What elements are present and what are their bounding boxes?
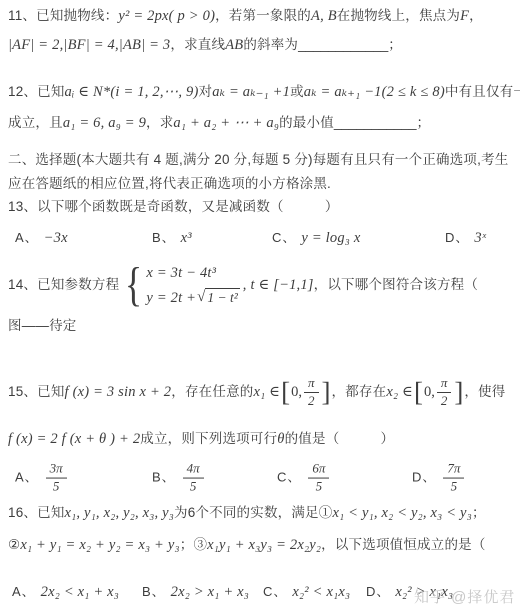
text: 成立，且 [8, 113, 63, 133]
text: 二、选择题(本大题共有 4 题,满分 20 分,每题 5 分)每题有且只有一个正… [8, 150, 508, 170]
text: 或 [290, 82, 304, 102]
math: , t ∈ [−1,1] [243, 275, 314, 295]
bracket: ] [454, 379, 463, 406]
math: aₖ = aₖ₋₁ +1 [212, 82, 290, 102]
text: ，求直线 [170, 35, 225, 55]
math: y² = 2px( p > 0) [118, 6, 215, 26]
option-16-a: A、2x₂ < x₁ + x₃ [12, 582, 119, 602]
fraction: 6π5 [308, 462, 329, 495]
text: 的斜率为 [243, 35, 298, 55]
math: y = 2t + [146, 288, 196, 308]
text: ，若第一象限的 [215, 6, 311, 26]
math: y = log₃ x [301, 228, 360, 248]
problem-12-line-1: 12、已知aᵢ ∈ N*(i = 1, 2,⋯, 9)对aₖ = aₖ₋₁ +1… [8, 82, 520, 102]
math: −3x [44, 228, 68, 248]
text: ，以下哪个图符合该方程（ ） [314, 275, 520, 295]
option-13-d: D、3ˣ [445, 228, 486, 248]
text: 中有且仅有一个 [445, 82, 520, 102]
math: x₁ < y₁, x₂ < y₂, x₃ < y₃ [332, 503, 471, 523]
option-label: D、 [412, 468, 436, 488]
text: 图——待定 [8, 316, 77, 336]
text: 15、已知 [8, 382, 65, 402]
cases-rows: x = 3t − 4t³y = 2t + √1 − t² [146, 263, 239, 308]
text: ② [8, 535, 20, 555]
math: |AF| = 2,|BF| = 4,|AB| = 3 [8, 35, 170, 55]
text: 14、已知参数方程 [8, 275, 119, 295]
math: aᵢ ∈ N*(i = 1, 2,⋯, 9) [65, 82, 199, 102]
option-label: C、 [277, 468, 301, 488]
fraction-denominator: 5 [190, 479, 197, 495]
option-16-c: C、x₂² < x₁x₃ [263, 582, 350, 602]
text: 13、以下哪个函数既是奇函数，又是减函数（ ） [8, 197, 339, 217]
text: 11、已知抛物线： [8, 6, 118, 26]
text: ； [417, 113, 431, 133]
text: 应在答题纸的相应位置,将代表正确选项的小方格涂黑. [8, 174, 331, 194]
math: a₁ + a₂ + ⋯ + a₉ [173, 113, 279, 133]
cases-group: {x = 3t − 4t³y = 2t + √1 − t² [122, 263, 239, 308]
fraction-denominator: 2 [441, 393, 448, 409]
fraction-denominator: 2 [308, 393, 315, 409]
fraction: 3π5 [46, 462, 67, 495]
text: 为6个不同的实数，满足① [174, 503, 332, 523]
option-label: D、 [366, 582, 390, 602]
option-13-b: B、x³ [152, 228, 192, 248]
text: 的值是（ ） [285, 429, 395, 449]
fraction: π2 [304, 376, 319, 409]
watermark: 知乎 @择优君 [414, 586, 515, 607]
brace-icon: { [125, 265, 142, 306]
math: x³ [181, 228, 192, 248]
fraction: 7π5 [443, 462, 464, 495]
problem-16-line-2: ②x₁ + y₁ = x₂ + y₂ = x₃ + y₃；③x₁y₁ + x₃y… [8, 535, 520, 555]
option-label: C、 [263, 582, 287, 602]
text: ；③ [180, 535, 207, 555]
option-label: D、 [445, 228, 469, 248]
math: x₁ + y₁ = x₂ + y₂ = x₃ + y₃ [20, 535, 179, 555]
text: ； [388, 35, 402, 55]
option-label: A、 [12, 582, 36, 602]
bracket: [ [414, 379, 423, 406]
fraction-numerator: 7π [443, 462, 464, 479]
text: 的最小值 [279, 113, 334, 133]
fraction-numerator: 3π [46, 462, 67, 479]
cases-row: y = 2t + √1 − t² [146, 288, 239, 308]
option-15-b: B、4π5 [152, 462, 206, 495]
exam-paper: 11、已知抛物线：y² = 2px( p > 0)，若第一象限的A, B在抛物线… [0, 0, 520, 612]
math: 0, [424, 382, 435, 402]
problem-16-line-1: 16、已知x₁, y₁, x₂, y₂, x₃, y₃ 为6个不同的实数，满足①… [8, 503, 486, 523]
fraction-numerator: 4π [183, 462, 204, 479]
text: ，使得 [464, 382, 505, 402]
math: θ [277, 429, 284, 449]
problem-15-choices: A、3π5B、4π5C、6π5D、7π5 [0, 455, 520, 501]
text: 在抛物线上，焦点为 [337, 6, 460, 26]
math: a₁ = 6, a₉ = 9 [63, 113, 146, 133]
fraction-numerator: π [304, 376, 319, 393]
math: 2x₂ < x₁ + x₃ [41, 582, 119, 602]
figure-placeholder: 图——待定 [8, 316, 77, 336]
cases-row: x = 3t − 4t³ [146, 263, 239, 283]
text: ， [469, 6, 483, 26]
math: aₖ = aₖ₊₁ −1(2 ≤ k ≤ 8) [304, 82, 445, 102]
bracket: ] [322, 379, 331, 406]
problem-11-line-1: 11、已知抛物线：y² = 2px( p > 0)，若第一象限的A, B在抛物线… [8, 6, 483, 26]
radical-sign: √ [197, 288, 205, 307]
math: A, B [311, 6, 337, 26]
option-label: A、 [15, 468, 39, 488]
fraction-denominator: 5 [53, 479, 60, 495]
math: 3ˣ [474, 228, 486, 248]
option-13-c: C、y = log₃ x [272, 228, 361, 248]
option-label: C、 [272, 228, 296, 248]
text: ，以下选项值恒成立的是（ ） [321, 535, 520, 555]
option-label: B、 [152, 468, 176, 488]
answer-blank: ____________ [298, 35, 388, 55]
text: ； [472, 503, 486, 523]
problem-11-line-2: |AF| = 2,|BF| = 4,|AB| = 3，求直线AB的斜率为____… [8, 35, 402, 55]
fraction: 4π5 [183, 462, 204, 495]
text: ，都存在 [332, 382, 387, 402]
text: ，存在任意的 [171, 382, 253, 402]
math: F [460, 6, 469, 26]
option-label: B、 [152, 228, 176, 248]
problem-12-line-2: 成立，且a₁ = 6, a₉ = 9，求a₁ + a₂ + ⋯ + a₉的最小值… [8, 113, 430, 133]
problem-13-stem: 13、以下哪个函数既是奇函数，又是减函数（ ） [8, 197, 339, 217]
option-13-a: A、−3x [15, 228, 68, 248]
math: AB [225, 35, 243, 55]
text: 16、已知 [8, 503, 65, 523]
problem-13-choices: A、−3xB、x³C、y = log₃ xD、3ˣ [0, 224, 520, 252]
fraction-numerator: π [437, 376, 452, 393]
text: 12、已知 [8, 82, 65, 102]
option-16-b: B、2x₂ > x₁ + x₃ [142, 582, 249, 602]
fraction-numerator: 6π [308, 462, 329, 479]
math: 0, [291, 382, 302, 402]
section-2-header-line-2: 应在答题纸的相应位置,将代表正确选项的小方格涂黑. [8, 174, 331, 194]
radicand: 1 − t² [205, 288, 239, 307]
problem-15-line-1: 15、已知f (x) = 3 sin x + 2，存在任意的x₁ ∈ [0, π… [8, 368, 505, 416]
bracket: [ [281, 379, 290, 406]
option-label: B、 [142, 582, 166, 602]
math: f (x) = 2 f (x + θ ) + 2 [8, 429, 140, 449]
problem-14-stem: 14、已知参数方程{x = 3t − 4t³y = 2t + √1 − t², … [8, 258, 520, 312]
math: x₁ ∈ [253, 382, 280, 402]
option-label: A、 [15, 228, 39, 248]
square-root: √1 − t² [197, 288, 240, 307]
answer-blank: ___________ [334, 113, 417, 133]
fraction-denominator: 5 [316, 479, 323, 495]
option-15-c: C、6π5 [277, 462, 331, 495]
fraction: π2 [437, 376, 452, 409]
math: f (x) = 3 sin x + 2 [65, 382, 172, 402]
math: 2x₂ > x₁ + x₃ [171, 582, 249, 602]
fraction-denominator: 5 [451, 479, 458, 495]
section-2-header-line-1: 二、选择题(本大题共有 4 题,满分 20 分,每题 5 分)每题有且只有一个正… [8, 150, 508, 170]
text: 成立，则下列选项可行 [140, 429, 277, 449]
math: x = 3t − 4t³ [146, 263, 216, 283]
text: 对 [198, 82, 212, 102]
math: x₁y₁ + x₃y₃ = 2x₂y₂ [207, 535, 321, 555]
option-15-d: D、7π5 [412, 462, 466, 495]
math: x₂² < x₁x₃ [292, 582, 350, 602]
math: x₂ ∈ [386, 382, 413, 402]
math: x₁, y₁, x₂, y₂, x₃, y₃ [65, 503, 175, 523]
text: ，求 [146, 113, 173, 133]
problem-15-line-2: f (x) = 2 f (x + θ ) + 2 成立，则下列选项可行θ的值是（… [8, 429, 394, 449]
option-15-a: A、3π5 [15, 462, 69, 495]
